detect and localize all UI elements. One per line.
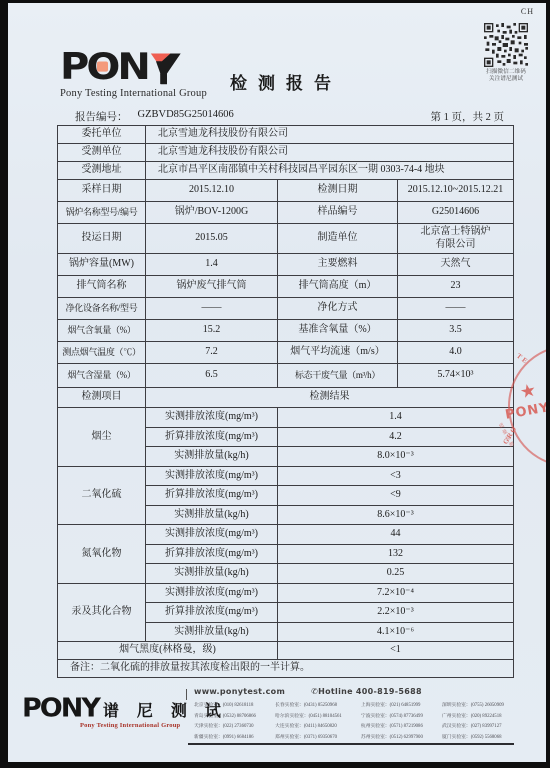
- report-no-value: GZBVD85G25014606: [138, 109, 234, 124]
- cell-value: 2015.12.10: [146, 180, 278, 202]
- cell-label: 采样日期: [58, 180, 146, 202]
- table-row: 锅炉名称型号/编号 锅炉/BOV-1200G 样品编号 G25014606: [58, 202, 514, 224]
- cell-label: 样品编号: [278, 202, 398, 224]
- cell-param: 实测排放浓度(mg/m³): [146, 466, 278, 486]
- cell-value: 8.6×10⁻³: [278, 505, 514, 525]
- lab-contact: 广州实验室：(020) 89224518: [442, 712, 516, 719]
- lab-contact: 天津实验室：(022) 27360730: [194, 722, 268, 729]
- cell-value: 23: [398, 276, 514, 298]
- cell-value: 15.2: [146, 320, 278, 342]
- cell-param: 折算排放浓度(mg/m³): [146, 544, 278, 564]
- lab-contact: 苏州实验室：(0512) 62997900: [361, 733, 435, 740]
- hotline-text: ✆Hotline 400-819-5688: [311, 687, 422, 696]
- pollutant-name: 二氧化硫: [58, 466, 146, 525]
- lab-contact: 新疆实验室：(0991) 6684186: [194, 733, 268, 740]
- pollutant-name: 汞及其化合物: [58, 583, 146, 642]
- cell-label: 主要燃料: [278, 254, 398, 276]
- report-page: CH PON Pony Testing International Group …: [8, 3, 546, 762]
- cell-label: 排气筒高度（m）: [278, 276, 398, 298]
- cell-value: 7.2×10⁻⁴: [278, 583, 514, 603]
- page-indicator: 第 1 页，共 2 页: [431, 109, 505, 124]
- qr-caption: 扫描微信二维码 关注谱尼测试: [483, 69, 529, 82]
- cell-param: 折算排放浓度(mg/m³): [146, 427, 278, 447]
- table-row: 氮氧化物 实测排放浓度(mg/m³) 44: [58, 525, 514, 545]
- lab-contact: 北京实验室：(010) 82618118: [194, 701, 268, 708]
- cell-label: 烟气黑度(林格曼，级): [58, 642, 278, 660]
- cell-label: 测点烟气温度（℃）: [58, 342, 146, 364]
- table-row: 汞及其化合物 实测排放浓度(mg/m³) 7.2×10⁻⁴: [58, 583, 514, 603]
- cell-param: 折算排放浓度(mg/m³): [146, 603, 278, 623]
- cell-param: 实测排放浓度(mg/m³): [146, 525, 278, 545]
- cell-value: 北京富士特锅炉 有限公司: [398, 224, 514, 254]
- cell-value: 132: [278, 544, 514, 564]
- cell-label: 投运日期: [58, 224, 146, 254]
- lab-contact: 深圳实验室：(0755) 26050909: [442, 701, 516, 708]
- results-header-item: 检测项目: [58, 388, 146, 408]
- table-row: 受测地址 北京市昌平区南邵镇中关村科技园昌平园东区一期 0303-74-4 地块: [58, 162, 514, 180]
- table-row: 烟气含湿量（%） 6.5 标态干废气量（m³/h） 5.74×10³: [58, 364, 514, 388]
- cell-value: 5.74×10³: [398, 364, 514, 388]
- cell-label: 检测日期: [278, 180, 398, 202]
- lab-contact: 杭州实验室：(0571) 87219086: [361, 722, 435, 729]
- report-table: 委托单位 北京雪迪龙科技股份有限公司 受测单位 北京雪迪龙科技股份有限公司 受测…: [57, 125, 514, 678]
- logo-y-triangle-icon: [150, 51, 184, 85]
- cell-label: 受测地址: [58, 162, 146, 180]
- cell-label: 净化设备名称/型号: [58, 298, 146, 320]
- lab-contact: 哈尔滨实验室：(0451) 88104561: [275, 712, 354, 719]
- cell-label: 制造单位: [278, 224, 398, 254]
- language-tag: CH: [521, 7, 534, 16]
- logo-letter-o: O: [86, 52, 117, 81]
- logo-letter: P: [60, 52, 86, 81]
- cell-value: 44: [278, 525, 514, 545]
- cell-param: 实测排放量(kg/h): [146, 447, 278, 467]
- table-row: 烟气含氧量（%） 15.2 基准含氧量（%） 3.5: [58, 320, 514, 342]
- table-row: 测点烟气温度（℃） 7.2 烟气平均流速（m/s） 4.0: [58, 342, 514, 364]
- lab-contact: 青岛实验室：(0532) 88706866: [194, 712, 268, 719]
- stamp-arc-text: TE: [515, 352, 530, 367]
- footer-rule: [188, 743, 514, 745]
- table-row: 采样日期 2015.12.10 检测日期 2015.12.10~2015.12.…: [58, 180, 514, 202]
- website-text: www.ponytest.com: [194, 687, 285, 696]
- cell-value: 2015.12.10~2015.12.21: [398, 180, 514, 202]
- cell-label: 锅炉容量(MW): [58, 254, 146, 276]
- logo-letter: N: [117, 52, 147, 81]
- cell-value: G25014606: [398, 202, 514, 224]
- pollutant-name: 氮氧化物: [58, 525, 146, 584]
- note-text: 备注：二氧化硫的排放量按其浓度检出限的一半计算。: [58, 660, 514, 678]
- report-no-label: 报告编号：: [75, 109, 128, 124]
- lab-contact: 上海实验室：(021) 64851999: [361, 701, 435, 708]
- footer-contact-block: www.ponytest.com ✆Hotline 400-819-5688 北…: [194, 687, 516, 740]
- cell-value: 锅炉废气排气筒: [146, 276, 278, 298]
- cell-label: 受测单位: [58, 144, 146, 162]
- cell-value: ——: [398, 298, 514, 320]
- page-title: 检测报告: [230, 69, 342, 94]
- cell-value: <3: [278, 466, 514, 486]
- lab-contact-grid: 北京实验室：(010) 82618118 长春实验室：(0431) 852509…: [194, 701, 516, 740]
- report-meta-row: 报告编号： GZBVD85G25014606 第 1 页，共 2 页: [75, 109, 504, 124]
- lab-contact: 大连实验室：(0411) 84650820: [275, 722, 354, 729]
- table-row: 排气筒名称 锅炉废气排气筒 排气筒高度（m） 23: [58, 276, 514, 298]
- logo-subtext: Pony Testing International Group: [60, 88, 207, 99]
- cell-value: 北京市昌平区南邵镇中关村科技园昌平园东区一期 0303-74-4 地块: [146, 162, 514, 180]
- cell-label: 标态干废气量（m³/h）: [278, 364, 398, 388]
- cell-value: 4.0: [398, 342, 514, 364]
- cell-param: 折算排放浓度(mg/m³): [146, 486, 278, 506]
- cell-param: 实测排放量(kg/h): [146, 505, 278, 525]
- qr-code-icon: [484, 23, 528, 67]
- table-row: 委托单位 北京雪迪龙科技股份有限公司: [58, 126, 514, 144]
- footer-logo-word: PONY: [22, 698, 99, 721]
- cell-label: 烟气平均流速（m/s）: [278, 342, 398, 364]
- cell-param: 实测排放浓度(mg/m³): [146, 583, 278, 603]
- cell-value: 3.5: [398, 320, 514, 342]
- table-row-note: 备注：二氧化硫的排放量按其浓度检出限的一半计算。: [58, 660, 514, 678]
- hotline-number: Hotline 400-819-5688: [318, 687, 422, 696]
- cell-label: 净化方式: [278, 298, 398, 320]
- lab-contact: 武汉实验室：(027) 83997127: [442, 722, 516, 729]
- cell-value: 1.4: [146, 254, 278, 276]
- footer-divider: [186, 689, 187, 700]
- cell-value: <1: [278, 642, 514, 660]
- cell-value: <9: [278, 486, 514, 506]
- cell-value: 1.4: [278, 408, 514, 428]
- cell-param: 实测排放量(kg/h): [146, 622, 278, 642]
- table-row: 锅炉容量(MW) 1.4 主要燃料 天然气: [58, 254, 514, 276]
- table-row: 受测单位 北京雪迪龙科技股份有限公司: [58, 144, 514, 162]
- cell-value: 2015.05: [146, 224, 278, 254]
- lab-contact: 厦门实验室：(0592) 5568068: [442, 733, 516, 740]
- pollutant-name: 烟尘: [58, 408, 146, 467]
- star-icon: ★: [518, 380, 538, 404]
- cell-param: 实测排放量(kg/h): [146, 564, 278, 584]
- table-row: 烟尘 实测排放浓度(mg/m³) 1.4: [58, 408, 514, 428]
- cell-value: 2.2×10⁻³: [278, 603, 514, 623]
- cell-value: 北京雪迪龙科技股份有限公司: [146, 144, 514, 162]
- cell-value: 锅炉/BOV-1200G: [146, 202, 278, 224]
- cell-value: 4.2: [278, 427, 514, 447]
- cell-value: 4.1×10⁻⁶: [278, 622, 514, 642]
- cell-value: 7.2: [146, 342, 278, 364]
- cell-label: 锅炉名称型号/编号: [58, 202, 146, 224]
- lab-contact: 郑州实验室：(0371) 69350670: [275, 733, 354, 740]
- lab-contact: 宁波实验室：(0574) 87736499: [361, 712, 435, 719]
- table-row: 投运日期 2015.05 制造单位 北京富士特锅炉 有限公司: [58, 224, 514, 254]
- cell-label: 委托单位: [58, 126, 146, 144]
- cell-param: 实测排放浓度(mg/m³): [146, 408, 278, 428]
- cell-value: 北京雪迪龙科技股份有限公司: [146, 126, 514, 144]
- cell-value: 0.25: [278, 564, 514, 584]
- table-row: 二氧化硫 实测排放浓度(mg/m³) <3: [58, 466, 514, 486]
- table-row: 净化设备名称/型号 —— 净化方式 ——: [58, 298, 514, 320]
- table-row-blackness: 烟气黑度(林格曼，级) <1: [58, 642, 514, 660]
- cell-label: 排气筒名称: [58, 276, 146, 298]
- cell-value: 天然气: [398, 254, 514, 276]
- cell-label: 基准含氧量（%）: [278, 320, 398, 342]
- cell-value: ——: [146, 298, 278, 320]
- pony-wordmark: PON: [60, 51, 207, 85]
- cell-value: 8.0×10⁻³: [278, 447, 514, 467]
- table-row-results-header: 检测项目 检测结果: [58, 388, 514, 408]
- pony-logo: PON Pony Testing International Group: [60, 51, 207, 99]
- cell-label: 烟气含氧量（%）: [58, 320, 146, 342]
- cell-label: 烟气含湿量（%）: [58, 364, 146, 388]
- lab-contact: 长春实验室：(0431) 85250968: [275, 701, 354, 708]
- qr-block: 扫描微信二维码 关注谱尼测试: [482, 23, 530, 83]
- results-header-result: 检测结果: [146, 388, 514, 408]
- cell-value: 6.5: [146, 364, 278, 388]
